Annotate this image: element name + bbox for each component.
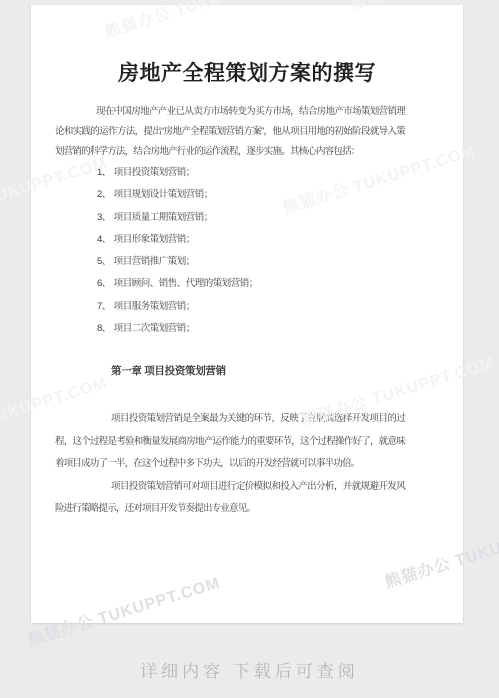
list-item-text: 项目服务策划营销； — [114, 301, 195, 312]
list-item-number: 4、 — [97, 234, 111, 245]
list-item-number: 2、 — [97, 189, 111, 200]
list-item: 3、项目质量工期策划营销； — [97, 207, 405, 229]
download-notice: 详细内容 下载后可查阅 — [0, 657, 499, 682]
document-content: 现在中国房地产产业已从卖方市场转变为买方市场，结合房地产市场策划营销理论和实践的… — [31, 102, 463, 520]
chapter-heading: 第一章 项目投资策划营销 — [111, 360, 405, 382]
preview-stage: 房地产全程策划方案的撰写 现在中国房地产产业已从卖方市场转变为买方市场，结合房地… — [0, 0, 499, 698]
list-item-number: 3、 — [97, 212, 111, 223]
body-paragraph-2: 项目投资策划营销可对项目进行定价模拟和投入产出分析，并就规避开发风险进行策略提示… — [55, 476, 405, 521]
list-item: 7、项目服务策划营销； — [97, 296, 405, 318]
list-item-number: 7、 — [97, 301, 111, 312]
list-item-number: 5、 — [97, 256, 111, 267]
document-page: 房地产全程策划方案的撰写 现在中国房地产产业已从卖方市场转变为买方市场，结合房地… — [31, 5, 463, 623]
list-item-number: 8、 — [97, 323, 111, 334]
list-item: 1、项目投资策划营销； — [97, 162, 405, 184]
list-item-text: 项目质量工期策划营销； — [114, 212, 213, 223]
list-item: 6、项目顾问、销售、代理的策划营销； — [97, 273, 405, 295]
list-item-text: 项目营销推广策划； — [114, 256, 195, 267]
list-item-text: 项目投资策划营销； — [114, 167, 195, 178]
list-item: 4、项目形象策划营销； — [97, 229, 405, 251]
list-item: 8、项目二次策划营销； — [97, 318, 405, 340]
list-item: 2、项目规划设计策划营销； — [97, 184, 405, 206]
list-item-text: 项目规划设计策划营销； — [114, 189, 213, 200]
list-item-text: 项目形象策划营销； — [114, 234, 195, 245]
list-item-number: 1、 — [97, 167, 111, 178]
list-item-number: 6、 — [97, 278, 111, 289]
intro-paragraph: 现在中国房地产产业已从卖方市场转变为买方市场，结合房地产市场策划营销理论和实践的… — [55, 102, 405, 162]
document-preview-screen: { "doc": { "title": "房地产全程策划方案的撰写", "int… — [0, 0, 499, 698]
core-content-list: 1、项目投资策划营销； 2、项目规划设计策划营销； 3、项目质量工期策划营销； … — [55, 162, 405, 340]
body-paragraph-1: 项目投资策划营销是全案最为关键的环节，反映了发展商选择开发项目的过程，这个过程是… — [55, 408, 405, 475]
document-title: 房地产全程策划方案的撰写 — [31, 59, 463, 89]
list-item: 5、项目营销推广策划； — [97, 251, 405, 273]
list-item-text: 项目顾问、销售、代理的策划营销； — [114, 278, 258, 289]
list-item-text: 项目二次策划营销； — [114, 323, 195, 334]
